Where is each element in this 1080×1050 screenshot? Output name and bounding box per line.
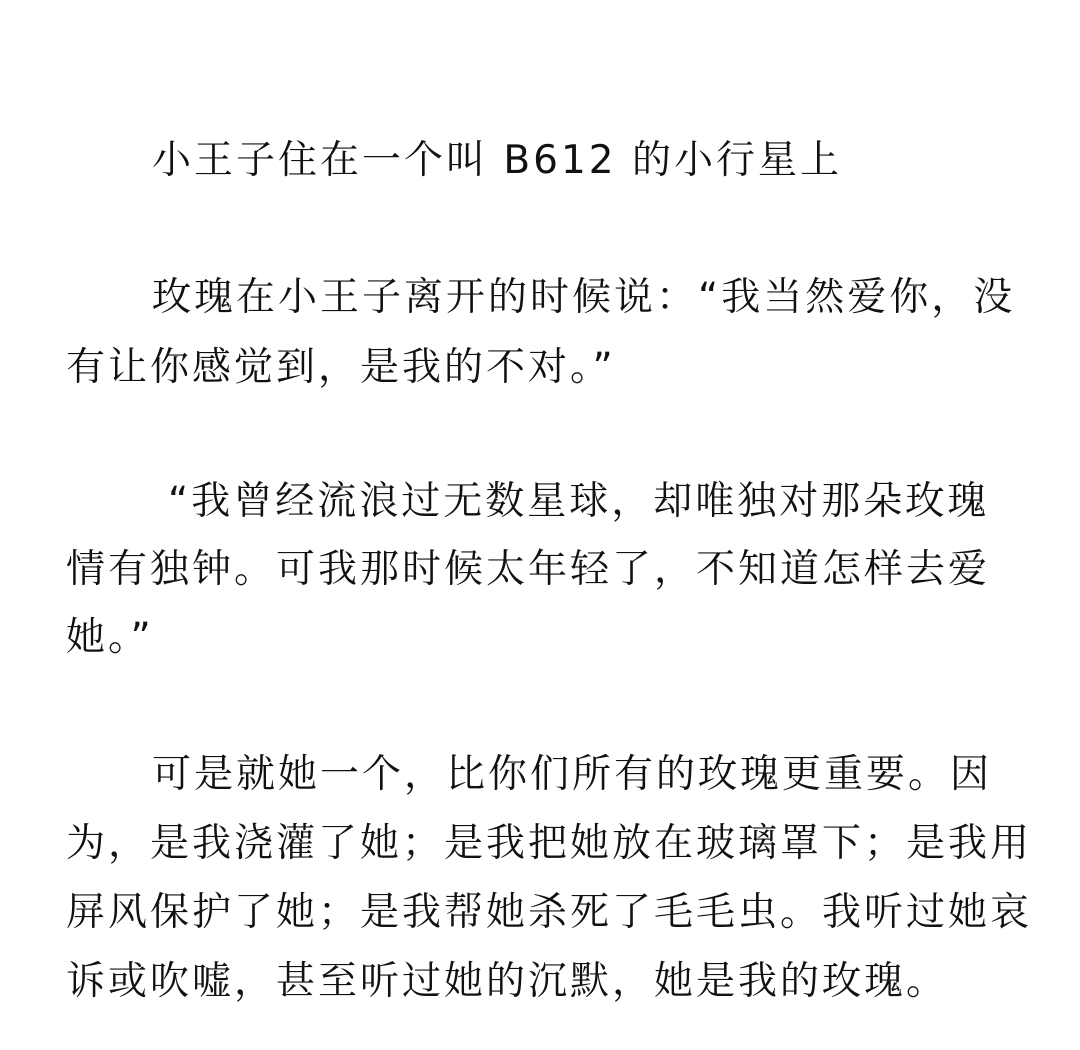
text-line: 可是就她一个，比你们所有的玫瑰更重要。因 xyxy=(152,751,992,799)
text-line: 玫瑰在小王子离开的时候说：“我当然爱你，没 xyxy=(152,274,1015,322)
text-line: “我曾经流浪过无数星球，却唯独对那朵玫瑰 xyxy=(168,478,989,526)
text-line: 诉或吹嘘，甚至听过她的沉默，她是我的玫瑰。 xyxy=(66,958,948,1006)
text-line: 屏风保护了她；是我帮她杀死了毛毛虫。我听过她哀 xyxy=(66,889,1032,937)
text-line: 她。” xyxy=(66,614,154,662)
text-line: 情有独钟。可我那时候太年轻了，不知道怎样去爱 xyxy=(66,546,990,594)
text-line: 为，是我浇灌了她；是我把她放在玻璃罩下；是我用 xyxy=(66,820,1032,868)
text-line: 小王子住在一个叫 B612 的小行星上 xyxy=(152,137,842,185)
text-line: 有让你感觉到，是我的不对。” xyxy=(66,344,616,392)
